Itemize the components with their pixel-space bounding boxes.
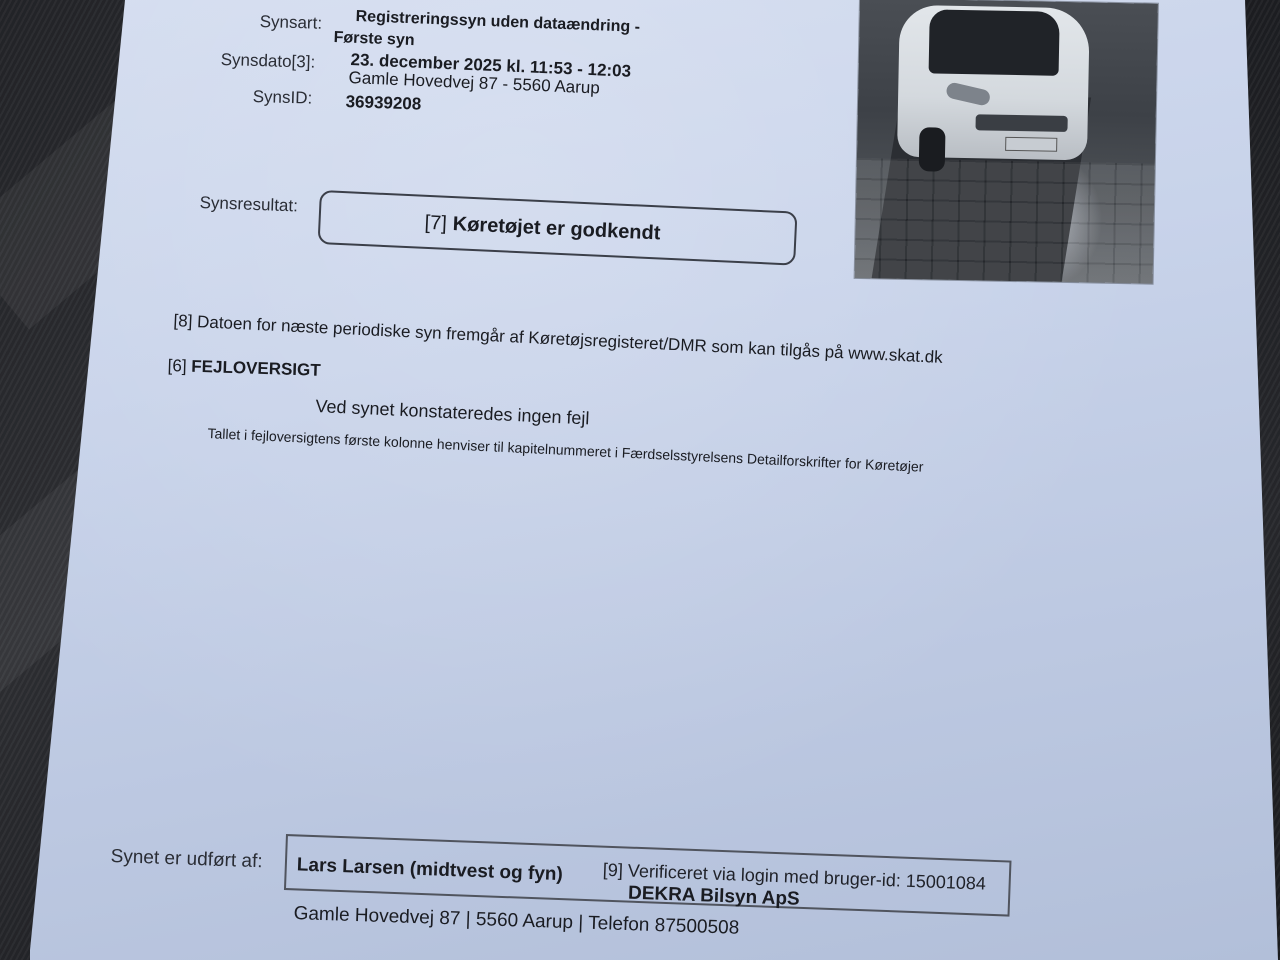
company-address: Gamle Hovedvej 87 | 5560 Aarup | Telefon…	[293, 903, 739, 940]
result-label: Synsresultat:	[199, 193, 298, 216]
fault-overview-ref: [6]	[167, 356, 186, 376]
result-value: Køretøjet er godkendt	[452, 213, 661, 244]
garage-floor	[855, 158, 1155, 284]
fault-overview-result: Ved synet konstateredes ingen fejl	[315, 396, 590, 429]
inspection-id-label: SynsID:	[252, 87, 312, 109]
inspection-report-paper: Synsart: Registreringssyn uden dataændri…	[0, 0, 1280, 960]
inspection-id-value: 36939208	[345, 92, 421, 115]
fault-overview-title: FEJLOVERSIGT	[191, 357, 321, 380]
fault-overview-heading: [6] FEJLOVERSIGT	[167, 356, 321, 381]
result-box: [7]Køretøjet er godkendt	[318, 190, 798, 266]
report-content: Synsart: Registreringssyn uden dataændri…	[0, 0, 1280, 960]
result-text: [7]Køretøjet er godkendt	[424, 211, 661, 245]
car-windshield	[929, 9, 1060, 75]
result-ref: [7]	[424, 211, 447, 234]
fault-overview-footnote: Tallet i fejloversigtens første kolonne …	[207, 425, 924, 475]
car-wheel	[919, 127, 946, 171]
inspection-type-value-line2: Første syn	[333, 29, 415, 50]
car-grille	[975, 114, 1067, 132]
license-plate	[1005, 137, 1057, 152]
inspection-date-label: Synsdato[3]:	[220, 50, 315, 73]
inspector-name: Lars Larsen (midtvest og fyn)	[296, 854, 563, 886]
performed-by-label: Synet er udført af:	[110, 846, 263, 873]
vehicle-photo	[855, 0, 1158, 284]
inspection-type-label: Synsart:	[259, 12, 322, 34]
signature-box: Lars Larsen (midtvest og fyn) [9] Verifi…	[284, 834, 1012, 917]
